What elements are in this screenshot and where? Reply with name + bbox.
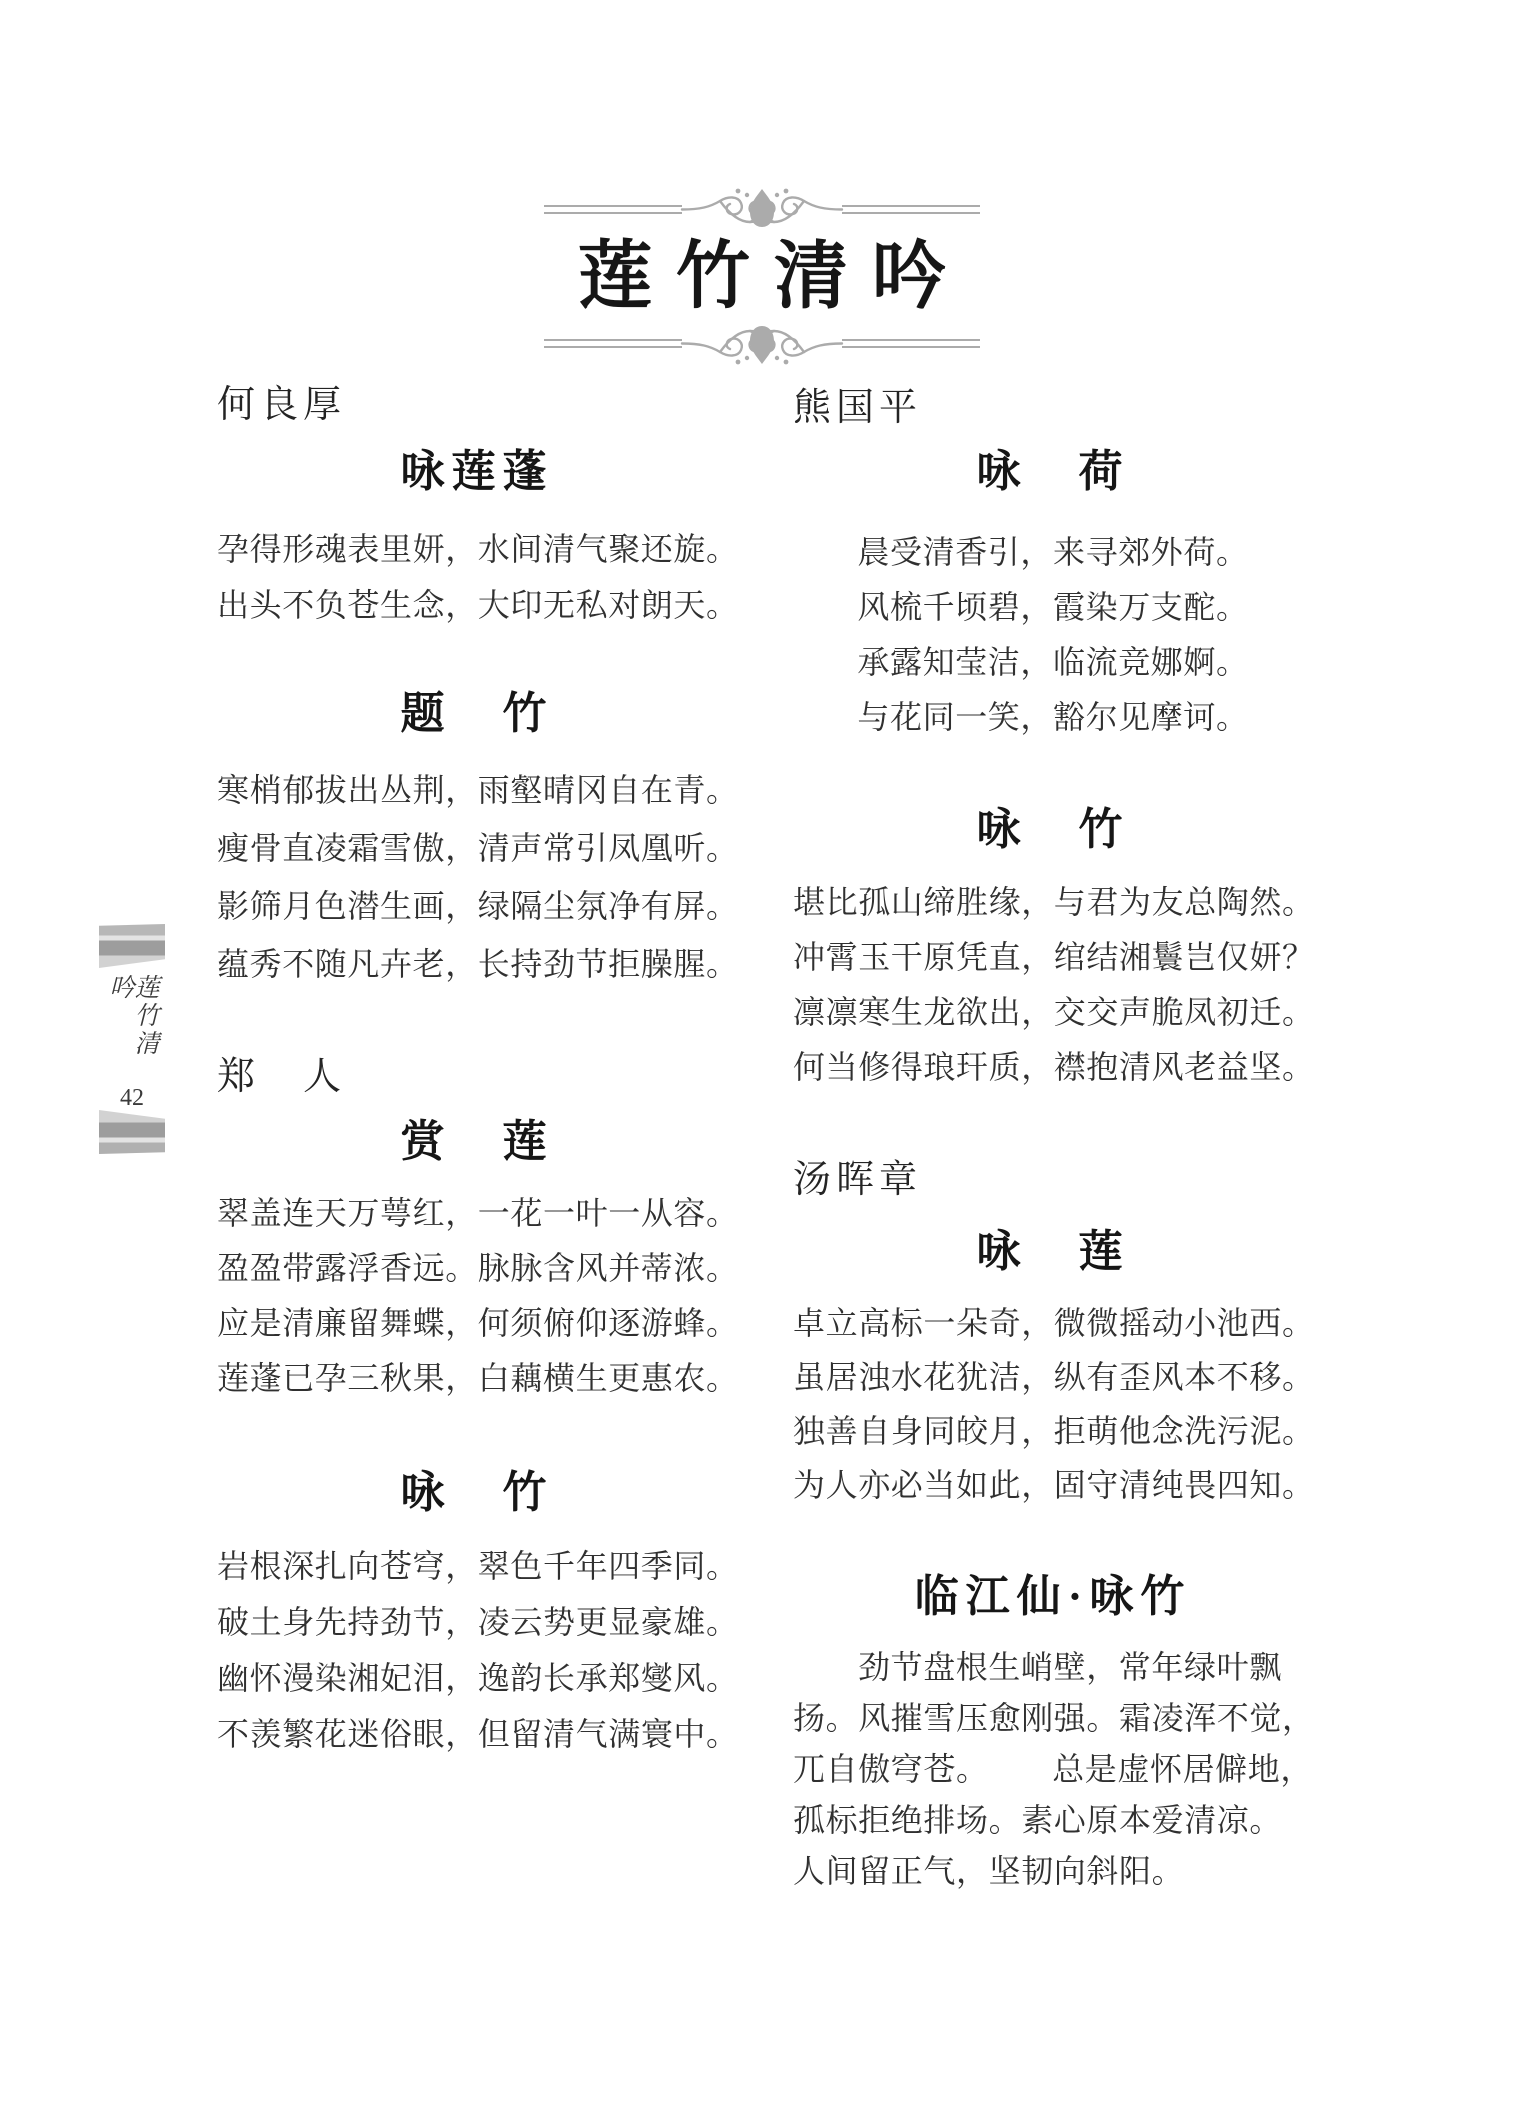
bookmark-page-number: 42	[120, 1086, 144, 1110]
stanza-start: 总是虚怀居僻地，	[1052, 1744, 1313, 1795]
poem: 孕得形魂表里妍，水间清气聚还旋。 出头不负苍生念，大印无私对朗天。	[217, 521, 737, 633]
poem-line: 卓立高标一朵奇，微微摇动小池西。	[793, 1296, 1313, 1350]
poem-line: 岩根深扎向苍穹，翠色千年四季同。	[217, 1538, 737, 1594]
stanza-end: 兀自傲穹苍。	[793, 1744, 989, 1795]
poem-line: 蕴秀不随凡卉老，长持劲节拒臊腥。	[217, 935, 737, 993]
poem-line: 承露知莹洁，临流竞娜婀。	[793, 635, 1313, 690]
bookmark-body: 莲竹清吟 42	[99, 968, 165, 1110]
poem-title: 赏 莲	[217, 1120, 737, 1164]
poem-line: 堪比孤山缔胜缘，与君为友总陶然。	[793, 875, 1313, 930]
poem-line: 孕得形魂表里妍，水间清气聚还旋。	[217, 521, 737, 577]
poem-line: 应是清廉留舞蝶，何须俯仰逐游蜂。	[217, 1296, 737, 1351]
poem-line: 与花同一笑，豁尔见摩诃。	[793, 690, 1313, 745]
poem-title: 咏 莲	[793, 1230, 1313, 1274]
left-column: 何良厚 咏莲蓬 孕得形魂表里妍，水间清气聚还旋。 出头不负苍生念，大印无私对朗天…	[217, 0, 737, 2115]
poem-line: 人间留正气，坚韧向斜阳。	[793, 1846, 1313, 1897]
poem-line: 幽怀漫染湘妃泪，逸韵长承郑燮风。	[217, 1650, 737, 1706]
ci-poem: 劲节盘根生峭壁，常年绿叶飘 扬。风摧雪压愈刚强。霜凌浑不觉， 兀自傲穹苍。 总是…	[793, 1642, 1313, 1897]
bookmark-top-cap	[99, 924, 165, 968]
poem-line: 风梳千顷碧，霞染万支酡。	[793, 580, 1313, 635]
author-name: 何良厚	[217, 386, 346, 424]
poem-line: 虽居浊水花犹洁，纵有歪风本不移。	[793, 1350, 1313, 1404]
bookmark: 莲竹清吟 42	[99, 924, 165, 1154]
poem-line: 为人亦必当如此，固守清纯畏四知。	[793, 1458, 1313, 1512]
poem-line: 翠盖连天万萼红，一花一叶一从容。	[217, 1186, 737, 1241]
poem-line: 兀自傲穹苍。 总是虚怀居僻地，	[793, 1744, 1313, 1795]
poem-line: 不羡繁花迷俗眼，但留清气满寰中。	[217, 1706, 737, 1762]
poem-line: 破土身先持劲节，凌云势更显豪雄。	[217, 1594, 737, 1650]
poem-title: 咏 竹	[793, 808, 1313, 852]
author-name: 熊国平	[793, 389, 922, 427]
poem: 堪比孤山缔胜缘，与君为友总陶然。 冲霄玉干原凭直，绾结湘鬟岂仅妍？ 凛凛寒生龙欲…	[793, 875, 1313, 1095]
poem-line: 何当修得琅玕质，襟抱清风老益坚。	[793, 1040, 1313, 1095]
poem: 岩根深扎向苍穹，翠色千年四季同。 破土身先持劲节，凌云势更显豪雄。 幽怀漫染湘妃…	[217, 1538, 737, 1762]
poem: 翠盖连天万萼红，一花一叶一从容。 盈盈带露浮香远。脉脉含风并蒂浓。 应是清廉留舞…	[217, 1186, 737, 1406]
poem-line: 劲节盘根生峭壁，常年绿叶飘	[793, 1642, 1313, 1693]
poem: 晨受清香引，来寻郊外荷。 风梳千顷碧，霞染万支酡。 承露知莹洁，临流竞娜婀。 与…	[793, 525, 1313, 745]
poem-title: 临江仙·咏竹	[793, 1575, 1313, 1619]
poetry-book-page: 莲竹清吟 莲竹清吟 42	[0, 0, 1525, 2115]
poem-title: 题 竹	[217, 692, 737, 736]
bookmark-label: 莲竹清吟	[107, 974, 157, 1082]
poem-title: 咏莲蓬	[217, 450, 737, 494]
poem: 寒梢郁拔出丛荆，雨壑晴冈自在青。 瘦骨直凌霜雪傲，清声常引凤凰听。 影筛月色潜生…	[217, 761, 737, 993]
poem-line: 凛凛寒生龙欲出，交交声脆凤初迁。	[793, 985, 1313, 1040]
poem-line: 独善自身同皎月，拒萌他念洗污泥。	[793, 1404, 1313, 1458]
poem-line: 冲霄玉干原凭直，绾结湘鬟岂仅妍？	[793, 930, 1313, 985]
poem-title: 咏 竹	[217, 1471, 737, 1515]
author-name: 汤晖章	[793, 1161, 922, 1199]
poem-line: 出头不负苍生念，大印无私对朗天。	[217, 577, 737, 633]
poem-line: 晨受清香引，来寻郊外荷。	[793, 525, 1313, 580]
poem: 卓立高标一朵奇，微微摇动小池西。 虽居浊水花犹洁，纵有歪风本不移。 独善自身同皎…	[793, 1296, 1313, 1512]
poem-line: 盈盈带露浮香远。脉脉含风并蒂浓。	[217, 1241, 737, 1296]
poem-line: 孤标拒绝排场。素心原本爱清凉。	[793, 1795, 1313, 1846]
right-column: 熊国平 咏 荷 晨受清香引，来寻郊外荷。 风梳千顷碧，霞染万支酡。 承露知莹洁，…	[793, 0, 1313, 2115]
bookmark-bottom-cap	[99, 1110, 165, 1154]
poem-line: 扬。风摧雪压愈刚强。霜凌浑不觉，	[793, 1693, 1313, 1744]
author-name: 郑 人	[217, 1058, 346, 1096]
poem-line: 影筛月色潜生画，绿隔尘氛净有屏。	[217, 877, 737, 935]
poem-line: 莲蓬已孕三秋果，白藕横生更惠农。	[217, 1351, 737, 1406]
poem-title: 咏 荷	[793, 450, 1313, 494]
poem-line: 瘦骨直凌霜雪傲，清声常引凤凰听。	[217, 819, 737, 877]
poem-line: 寒梢郁拔出丛荆，雨壑晴冈自在青。	[217, 761, 737, 819]
